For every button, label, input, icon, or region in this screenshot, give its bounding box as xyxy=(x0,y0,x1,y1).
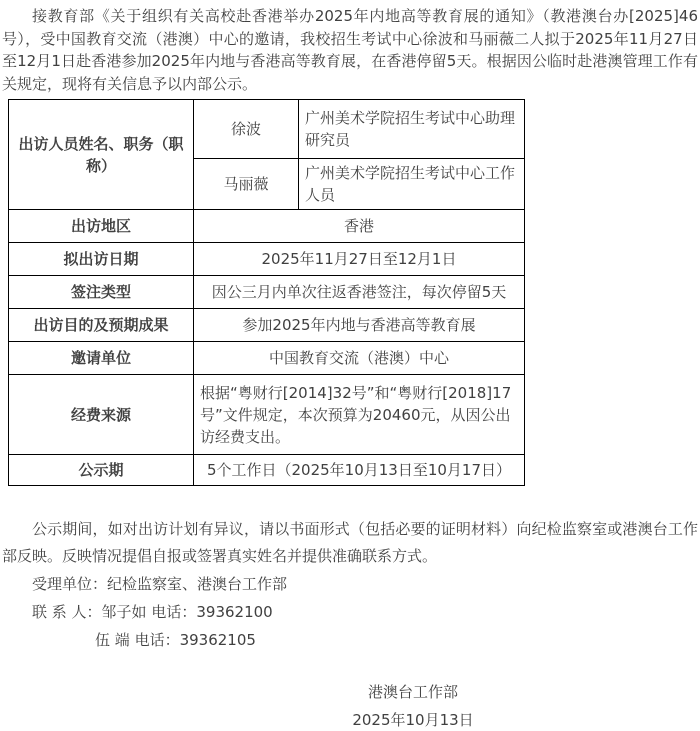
table-row-inviting-unit: 邀请单位 中国教育交流（港澳）中心 xyxy=(9,342,525,375)
contact1-phone-label: 电话： xyxy=(151,603,196,621)
visit-info-table: 出访人员姓名、职务（职称） 徐波 广州美术学院招生考试中心助理研究员 马丽薇 广… xyxy=(8,99,525,486)
intro-paragraph: 接教育部《关于组织有关高校赴香港举办2025年内地高等教育展的通知》（教港澳台办… xyxy=(2,5,698,95)
contact2-phone: 39362105 xyxy=(180,631,256,649)
row-label-cell: 公示期 xyxy=(9,455,194,486)
objection-paragraph: 公示期间，如对出访计划有异议，请以书面形式（包括必要的证明材料）向纪检监察室或港… xyxy=(2,516,698,570)
contact1-name: 邹子如 xyxy=(102,603,147,621)
table-row-publicity-period: 公示期 5个工作日（2025年10月13日至10月17日） xyxy=(9,455,525,486)
personnel-title-cell: 广州美术学院招生考试中心工作人员 xyxy=(299,159,525,210)
personnel-name-cell: 徐波 xyxy=(194,100,299,159)
row-label-cell: 经费来源 xyxy=(9,375,194,455)
contact2-name: 伍 端 xyxy=(95,631,130,649)
table-row-visa-type: 签注类型 因公三月内单次往返香港签注，每次停留5天 xyxy=(9,276,525,309)
signature-date: 2025年10月13日 xyxy=(313,707,513,731)
signature-block: 港澳台工作部 2025年10月13日 xyxy=(313,679,513,731)
row-value-cell: 因公三月内单次往返香港签注，每次停留5天 xyxy=(194,276,525,309)
signature-department: 港澳台工作部 xyxy=(313,679,513,706)
table-row-dates: 拟出访日期 2025年11月27日至12月1日 xyxy=(9,243,525,276)
row-label-cell: 出访地区 xyxy=(9,210,194,243)
table-row-purpose: 出访目的及预期成果 参加2025年内地与香港高等教育展 xyxy=(9,309,525,342)
row-label-cell: 邀请单位 xyxy=(9,342,194,375)
table-row-personnel-1: 出访人员姓名、职务（职称） 徐波 广州美术学院招生考试中心助理研究员 xyxy=(9,100,525,159)
accepting-unit-line: 受理单位：纪检监察室、港澳台工作部 xyxy=(2,571,698,598)
personnel-name-cell: 马丽薇 xyxy=(194,159,299,210)
row-value-cell: 参加2025年内地与香港高等教育展 xyxy=(194,309,525,342)
row-label-cell: 出访目的及预期成果 xyxy=(9,309,194,342)
row-value-cell: 5个工作日（2025年10月13日至10月17日） xyxy=(194,455,525,486)
row-value-cell: 中国教育交流（港澳）中心 xyxy=(194,342,525,375)
contact-person-line-1: 联 系 人：邹子如 电话：39362100 xyxy=(2,599,698,626)
notice-page: 接教育部《关于组织有关高校赴香港举办2025年内地高等教育展的通知》（教港澳台办… xyxy=(0,0,700,731)
personnel-title-cell: 广州美术学院招生考试中心助理研究员 xyxy=(299,100,525,159)
table-row-destination: 出访地区 香港 xyxy=(9,210,525,243)
row-label-cell: 拟出访日期 xyxy=(9,243,194,276)
contact2-phone-label: 电话： xyxy=(135,631,180,649)
table-row-funding: 经费来源 根据“粤财行[2014]32号”和“粤财行[2018]17号”文件规定… xyxy=(9,375,525,455)
contact1-label: 联 系 人： xyxy=(32,603,102,621)
row-label-cell: 签注类型 xyxy=(9,276,194,309)
row-value-cell: 2025年11月27日至12月1日 xyxy=(194,243,525,276)
contact-person-line-2: 伍 端 电话：39362105 xyxy=(2,627,698,654)
row-value-cell: 根据“粤财行[2014]32号”和“粤财行[2018]17号”文件规定，本次预算… xyxy=(194,375,525,455)
personnel-header-cell: 出访人员姓名、职务（职称） xyxy=(9,100,194,210)
row-value-cell: 香港 xyxy=(194,210,525,243)
contact1-phone: 39362100 xyxy=(196,603,272,621)
